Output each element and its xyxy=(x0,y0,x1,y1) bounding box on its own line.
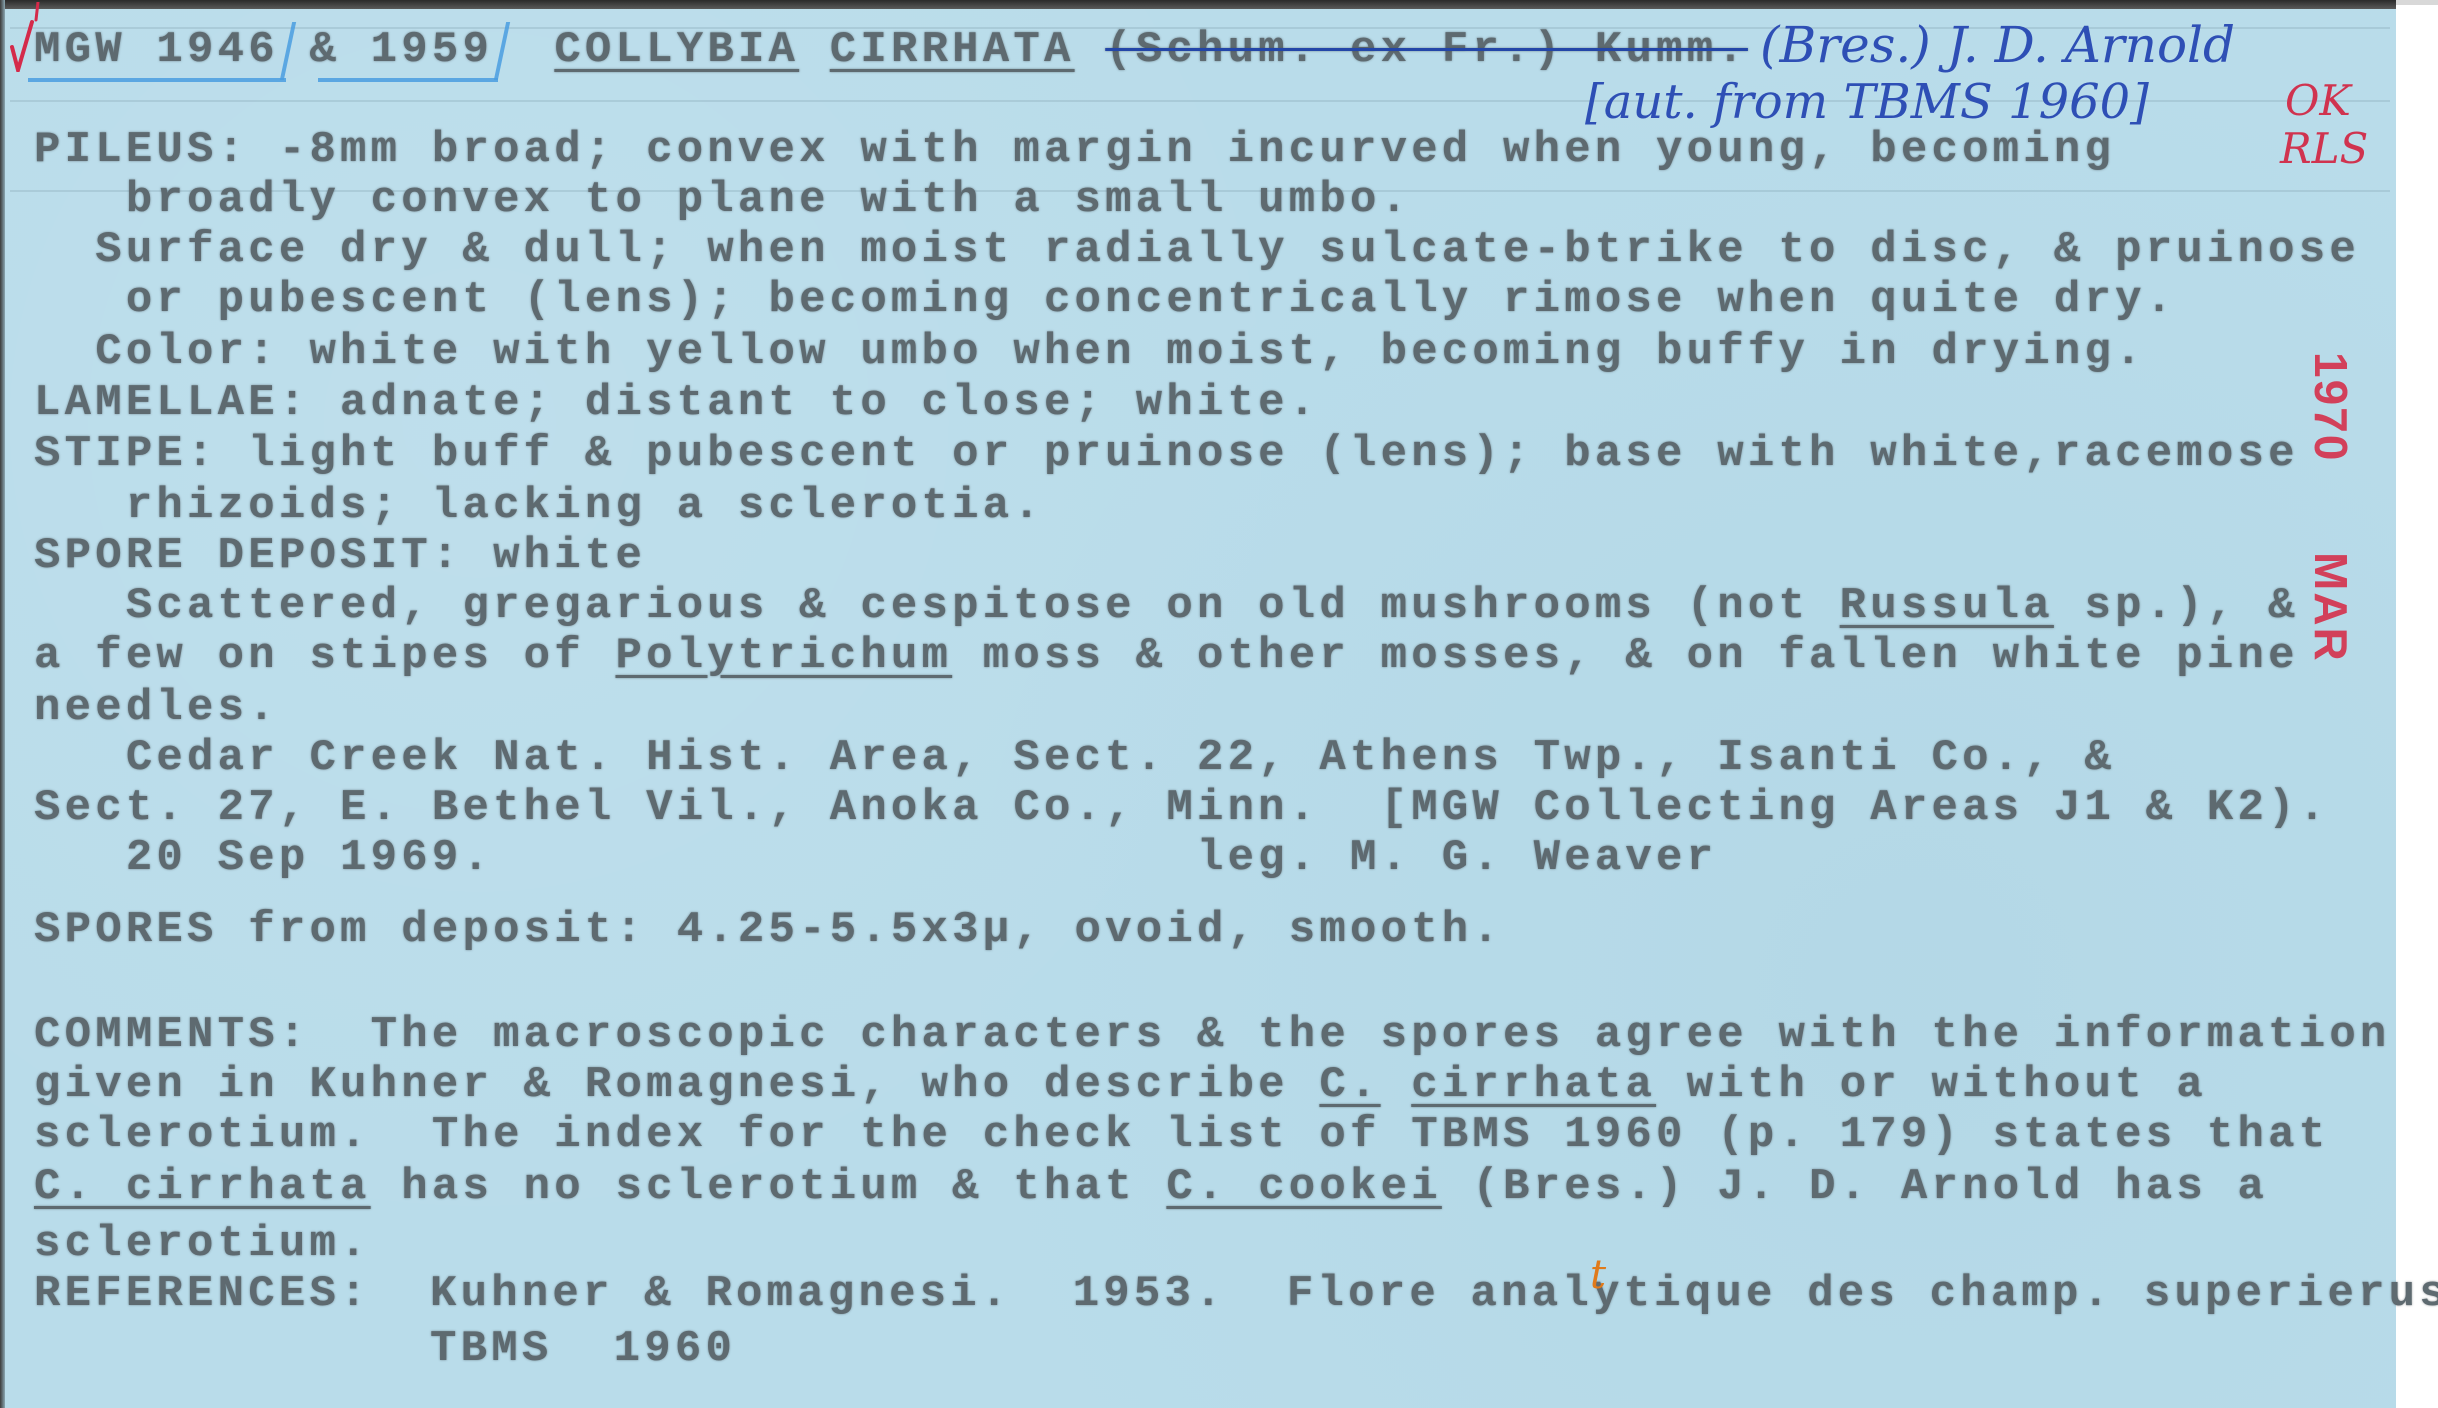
species-name: CIRRHATA xyxy=(830,25,1075,75)
taxon-abbrev: C. xyxy=(1319,1060,1380,1110)
comments-line-2: given in Kuhner & Romagnesi, who describ… xyxy=(34,1063,2207,1107)
stipe-line-2: rhizoids; lacking a sclerotia. xyxy=(34,484,1044,528)
accession-number-1: MGW 1946 xyxy=(34,25,279,75)
locality-line-2: Sect. 27, E. Bethel Vil., Anoka Co., Min… xyxy=(34,786,2329,830)
habitat-text: moss & other mosses, & on fallen white p… xyxy=(952,631,2299,681)
genus-name: COLLYBIA xyxy=(554,25,799,75)
taxon-cirrhata: cirrhata xyxy=(1411,1060,1656,1110)
blue-underline-mark xyxy=(28,78,286,82)
accession-number-2: & 1959 xyxy=(309,25,493,75)
handwritten-authority: (Bres.) J. D. Arnold xyxy=(1760,20,2235,70)
surface-line-2: or pubescent (lens); becoming concentric… xyxy=(34,278,2176,322)
comments-line-1: COMMENTS: The macroscopic characters & t… xyxy=(34,1013,2391,1057)
ok-mark: OK xyxy=(2285,80,2351,122)
handwritten-correction: t xyxy=(1590,1252,1606,1298)
taxon-polytrichum: Polytrichum xyxy=(615,631,952,681)
reference-1: Kuhner & Romagnesi. 1953. Flore analytiq… xyxy=(430,1272,2438,1316)
date-stamp-month: MAR xyxy=(2304,552,2358,663)
lamellae-line: LAMELLAE: adnate; distant to close; whit… xyxy=(34,381,1319,425)
struck-authority: (Schum. ex Fr.) Kumm. xyxy=(1105,25,1748,75)
card-top-edge xyxy=(0,0,2396,9)
surface-line-1: Surface dry & dull; when moist radially … xyxy=(34,228,2360,272)
comments-text: given in Kuhner & Romagnesi, who describ… xyxy=(34,1060,1319,1110)
taxon-c-cookei: C. cookei xyxy=(1166,1162,1441,1212)
scan-margin xyxy=(2396,0,2438,5)
habitat-text: a few on stipes of xyxy=(34,631,615,681)
initials-mark: RLS xyxy=(2280,128,2368,170)
habitat-text: Scattered, gregarious & cespitose on old… xyxy=(34,581,1840,631)
blue-underline-mark xyxy=(318,78,498,82)
comments-line-3: sclerotium. The index for the check list… xyxy=(34,1113,2329,1157)
habitat-text: sp.), & xyxy=(2054,581,2299,631)
color-line: Color: white with yellow umbo when moist… xyxy=(34,330,2146,374)
reference-2: TBMS 1960 xyxy=(430,1327,736,1371)
comments-text xyxy=(1381,1060,1412,1110)
pileus-line-2: broadly convex to plane with a small umb… xyxy=(34,178,1411,222)
comments-text: has no sclerotium & that xyxy=(371,1162,1167,1212)
locality-line-1: Cedar Creek Nat. Hist. Area, Sect. 22, A… xyxy=(34,736,2115,780)
comments-text: with or without a xyxy=(1656,1060,2207,1110)
index-card: MGW 1946 & 1959 COLLYBIA CIRRHATA (Schum… xyxy=(0,0,2396,1408)
stipe-line-1: STIPE: light buff & pubescent or pruinos… xyxy=(34,432,2299,476)
handwritten-note: [aut. from TBMS 1960] xyxy=(1585,78,2149,126)
date-stamp-year: 1970 xyxy=(2304,352,2358,462)
habitat-line-2: a few on stipes of Polytrichum moss & ot… xyxy=(34,634,2299,678)
spores-line: SPORES from deposit: 4.25-5.5x3μ, ovoid,… xyxy=(34,908,1503,952)
spore-deposit-line: SPORE DEPOSIT: white xyxy=(34,534,646,578)
comments-line-5: sclerotium. xyxy=(34,1222,371,1266)
habitat-line-3: needles. xyxy=(34,686,279,730)
habitat-line-1: Scattered, gregarious & cespitose on old… xyxy=(34,584,2299,628)
references-label: REFERENCES: xyxy=(34,1272,371,1316)
card-left-edge xyxy=(0,0,5,1408)
collection-date-collector: 20 Sep 1969. leg. M. G. Weaver xyxy=(34,836,1717,880)
comments-line-4: C. cirrhata has no sclerotium & that C. … xyxy=(34,1165,2268,1209)
pileus-line-1: PILEUS: -8mm broad; convex with margin i… xyxy=(34,128,2115,172)
comments-text: (Bres.) J. D. Arnold has a xyxy=(1442,1162,2268,1212)
taxon-russula: Russula xyxy=(1840,581,2054,631)
taxon-c-cirrhata: C. cirrhata xyxy=(34,1162,371,1212)
